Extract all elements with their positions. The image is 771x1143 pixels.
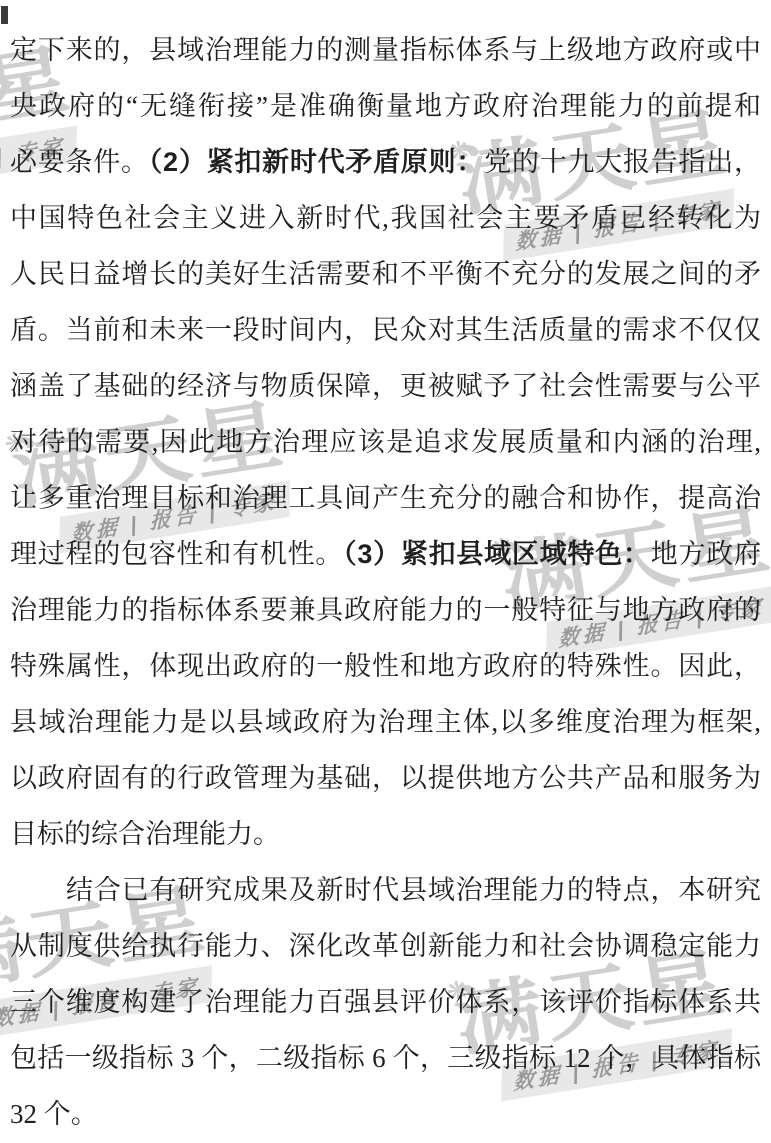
- body-segment: 党的十九大报告指出，: [484, 147, 761, 177]
- heading-segment: （2）紧扣新时代矛盾原则：: [149, 147, 484, 177]
- text-line: 人民日益增长的美好生活需要和不平衡不充分的发展之间的矛: [10, 246, 761, 302]
- text-line: 定下来的，县域治理能力的测量指标体系与上级地方政府或中: [10, 22, 761, 78]
- text-line: 治理能力的指标体系要兼具政府能力的一般特征与地方政府的: [10, 582, 761, 638]
- text-line: 对待的需要,因此地方治理应该是追求发展质量和内涵的治理,: [10, 414, 761, 470]
- text-line: 涵盖了基础的经济与物质保障，更被赋予了社会性需要与公平: [10, 358, 761, 414]
- body-segment: 三个维度构建了治理能力百强县评价体系，该评价指标体系共: [10, 987, 761, 1017]
- body-segment: 结合已有研究成果及新时代县域治理能力的特点，本研究: [66, 875, 761, 905]
- text-line: 盾。当前和未来一段时间内，民众对其生活质量的需求不仅仅: [10, 302, 761, 358]
- text-line: 以政府固有的行政管理为基础，以提供地方公共产品和服务为: [10, 750, 761, 806]
- text-line: 央政府的“无缝衔接”是准确衡量地方政府治理能力的前提和: [10, 78, 761, 134]
- text-line: 理过程的包容性和有机性。（3）紧扣县域区域特色：地方政府: [10, 526, 761, 582]
- text-line: 必要条件。（2）紧扣新时代矛盾原则：党的十九大报告指出，: [10, 134, 761, 190]
- body-segment: 理过程的包容性和有机性。: [10, 539, 343, 569]
- text-line: 三个维度构建了治理能力百强县评价体系，该评价指标体系共: [10, 974, 761, 1030]
- heading-segment: （3）紧扣县域区域特色：: [343, 539, 651, 569]
- text-line: 中国特色社会主义进入新时代,我国社会主要矛盾已经转化为: [10, 190, 761, 246]
- body-segment: 央政府的“无缝衔接”是准确衡量地方政府治理能力的前提和: [10, 91, 761, 121]
- body-segment: 32 个。: [10, 1099, 98, 1129]
- document-text: 定下来的，县域治理能力的测量指标体系与上级地方政府或中央政府的“无缝衔接”是准确…: [10, 22, 761, 1142]
- body-segment: 人民日益增长的美好生活需要和不平衡不充分的发展之间的矛: [10, 259, 761, 289]
- text-line: 县域治理能力是以县域政府为治理主体,以多维度治理为框架,: [10, 694, 761, 750]
- text-line: 特殊属性，体现出政府的一般性和地方政府的特殊性。因此，: [10, 638, 761, 694]
- body-segment: 中国特色社会主义进入新时代,我国社会主要矛盾已经转化为: [10, 203, 761, 233]
- body-segment: 治理能力的指标体系要兼具政府能力的一般特征与地方政府的: [10, 595, 761, 625]
- body-segment: 让多重治理目标和治理工具间产生充分的融合和协作，提高治: [10, 483, 761, 513]
- text-line: 从制度供给执行能力、深化改革创新能力和社会协调稳定能力: [10, 918, 761, 974]
- body-segment: 以政府固有的行政管理为基础，以提供地方公共产品和服务为: [10, 763, 761, 793]
- body-segment: 包括一级指标 3 个，二级指标 6 个，三级指标 12 个，具体指标: [10, 1043, 761, 1073]
- body-segment: 对待的需要,因此地方治理应该是追求发展质量和内涵的治理,: [10, 427, 761, 457]
- body-segment: 必要条件。: [10, 147, 149, 177]
- body-segment: 从制度供给执行能力、深化改革创新能力和社会协调稳定能力: [10, 931, 761, 961]
- body-segment: 定下来的，县域治理能力的测量指标体系与上级地方政府或中: [10, 35, 761, 65]
- text-line: 32 个。: [10, 1086, 761, 1142]
- text-line: 结合已有研究成果及新时代县域治理能力的特点，本研究: [10, 862, 761, 918]
- body-segment: 特殊属性，体现出政府的一般性和地方政府的特殊性。因此，: [10, 651, 761, 681]
- body-segment: 涵盖了基础的经济与物质保障，更被赋予了社会性需要与公平: [10, 371, 761, 401]
- text-line: 包括一级指标 3 个，二级指标 6 个，三级指标 12 个，具体指标: [10, 1030, 761, 1086]
- body-segment: 县域治理能力是以县域政府为治理主体,以多维度治理为框架,: [10, 707, 761, 737]
- text-line: 让多重治理目标和治理工具间产生充分的融合和协作，提高治: [10, 470, 761, 526]
- body-segment: 盾。当前和未来一段时间内，民众对其生活质量的需求不仅仅: [10, 315, 761, 345]
- scan-edge-artifact: [1, 6, 8, 24]
- text-line: 目标的综合治理能力。: [10, 806, 761, 862]
- body-segment: 地方政府: [651, 539, 761, 569]
- body-segment: 目标的综合治理能力。: [10, 819, 280, 849]
